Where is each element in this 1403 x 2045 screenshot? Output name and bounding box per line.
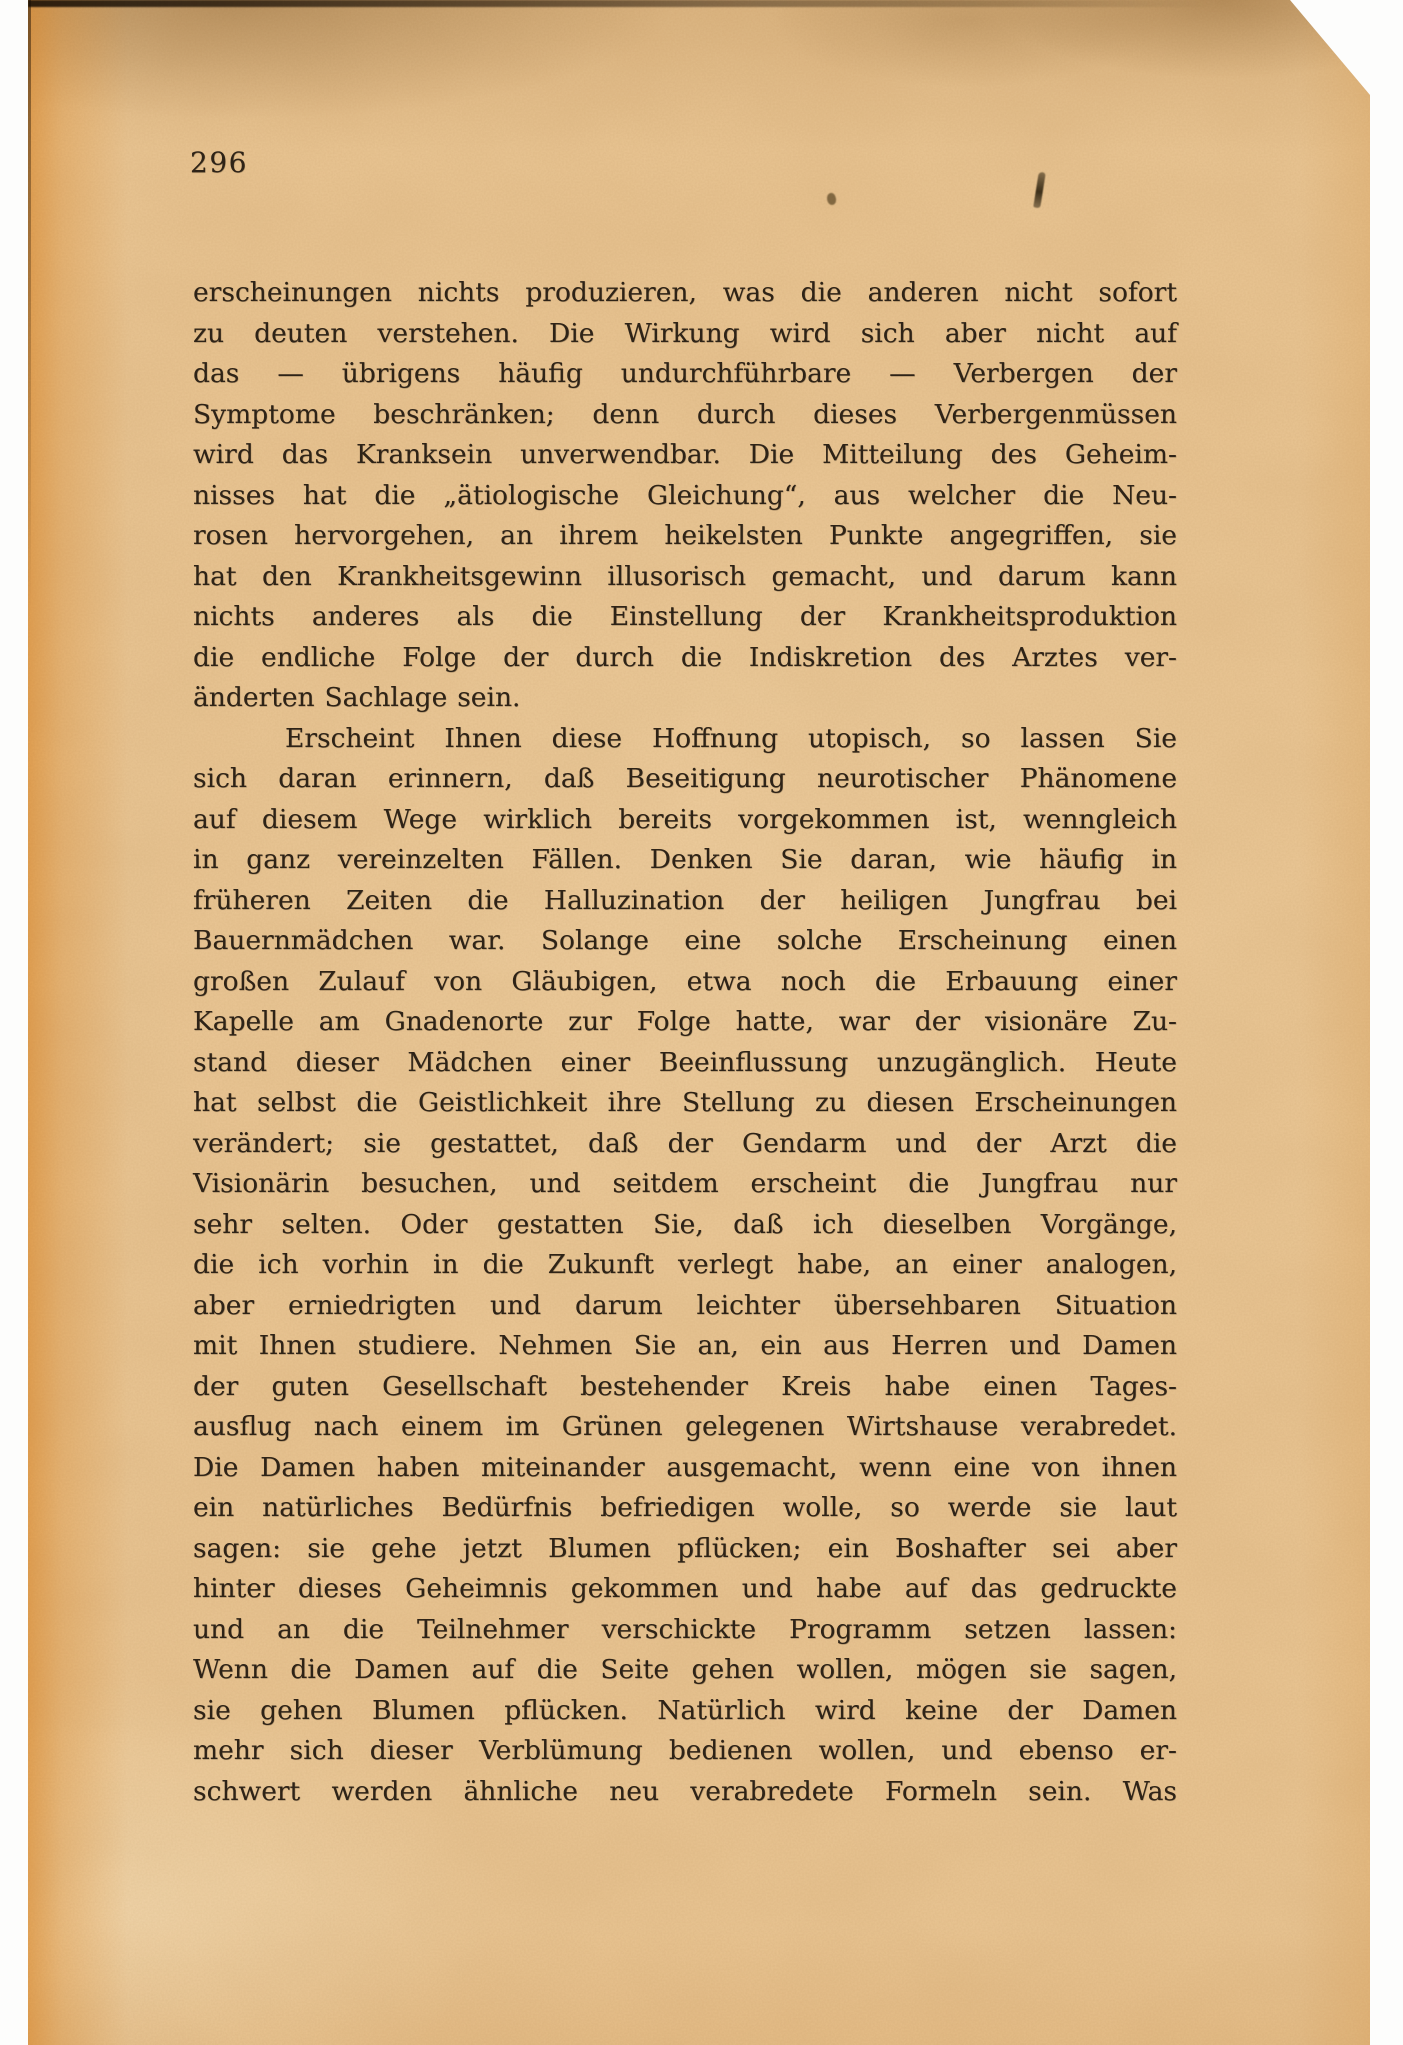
text-line: stand dieser Mädchen einer Beeinflussung…: [193, 1043, 1177, 1084]
text-line: verändert; sie gestattet, daß der Gendar…: [193, 1124, 1177, 1165]
text-line: Bauernmädchen war. Solange eine solche E…: [193, 921, 1177, 962]
text-line: sagen: sie gehe jetzt Blumen pflücken; e…: [193, 1529, 1177, 1570]
body-text: erscheinungen nichts produzieren, was di…: [193, 273, 1177, 1812]
text-line: und an die Teilnehmer verschickte Progra…: [193, 1610, 1177, 1651]
text-line: nisses hat die „ätiologische Gleichung“,…: [193, 476, 1177, 517]
text-line: aber erniedrigten und darum leichter übe…: [193, 1286, 1177, 1327]
text-line: hat selbst die Geistlichkeit ihre Stellu…: [193, 1083, 1177, 1124]
scanned-book-page: 296 erscheinungen nichts produzieren, wa…: [0, 0, 1403, 2045]
text-line: hat den Krankheitsgewinn illusorisch gem…: [193, 557, 1177, 598]
text-line: sehr selten. Oder gestatten Sie, daß ich…: [193, 1205, 1177, 1246]
text-line: früheren Zeiten die Halluzination der he…: [193, 881, 1177, 922]
text-line: auf diesem Wege wirklich bereits vorgeko…: [193, 800, 1177, 841]
text-line: mit Ihnen studiere. Nehmen Sie an, ein a…: [193, 1326, 1177, 1367]
text-line: Symptome beschränken; denn durch dieses …: [193, 395, 1177, 436]
text-line: ausflug nach einem im Grünen gelegenen W…: [193, 1407, 1177, 1448]
text-line: wird das Kranksein unverwendbar. Die Mit…: [193, 435, 1177, 476]
text-line: Wenn die Damen auf die Seite gehen wolle…: [193, 1650, 1177, 1691]
text-line: Erscheint Ihnen diese Hoffnung utopisch,…: [193, 719, 1177, 760]
text-line: in ganz vereinzelten Fällen. Denken Sie …: [193, 840, 1177, 881]
text-line: das — übrigens häufig undurchführbare — …: [193, 354, 1177, 395]
text-line: nichts anderes als die Einstellung der K…: [193, 597, 1177, 638]
page-number: 296: [190, 146, 248, 179]
text-line: änderten Sachlage sein.: [193, 678, 1177, 719]
ink-speck: [825, 192, 838, 206]
text-line: die endliche Folge der durch die Indiskr…: [193, 638, 1177, 679]
text-line: hinter dieses Geheimnis gekommen und hab…: [193, 1569, 1177, 1610]
text-line: großen Zulauf von Gläubigen, etwa noch d…: [193, 962, 1177, 1003]
text-line: Kapelle am Gnadenorte zur Folge hatte, w…: [193, 1002, 1177, 1043]
book-page: 296 erscheinungen nichts produzieren, wa…: [28, 0, 1370, 2045]
ink-mark: [1033, 172, 1046, 209]
text-line: sie gehen Blumen pflücken. Natürlich wir…: [193, 1691, 1177, 1732]
text-line: mehr sich dieser Verblümung bedienen wol…: [193, 1731, 1177, 1772]
text-line: sich daran erinnern, daß Beseitigung neu…: [193, 759, 1177, 800]
page-top-edge-shadow: [28, 0, 1370, 7]
text-line: Die Damen haben miteinander ausgemacht, …: [193, 1448, 1177, 1489]
text-line: erscheinungen nichts produzieren, was di…: [193, 273, 1177, 314]
text-line: Visionärin besuchen, und seitdem erschei…: [193, 1164, 1177, 1205]
text-line: zu deuten verstehen. Die Wirkung wird si…: [193, 314, 1177, 355]
text-line: die ich vorhin in die Zukunft verlegt ha…: [193, 1245, 1177, 1286]
text-line: der guten Gesellschaft bestehender Kreis…: [193, 1367, 1177, 1408]
text-line: ein natürliches Bedürfnis befriedigen wo…: [193, 1488, 1177, 1529]
text-line: rosen hervorgehen, an ihrem heikelsten P…: [193, 516, 1177, 557]
text-line: schwert werden ähnliche neu verabredete …: [193, 1772, 1177, 1813]
